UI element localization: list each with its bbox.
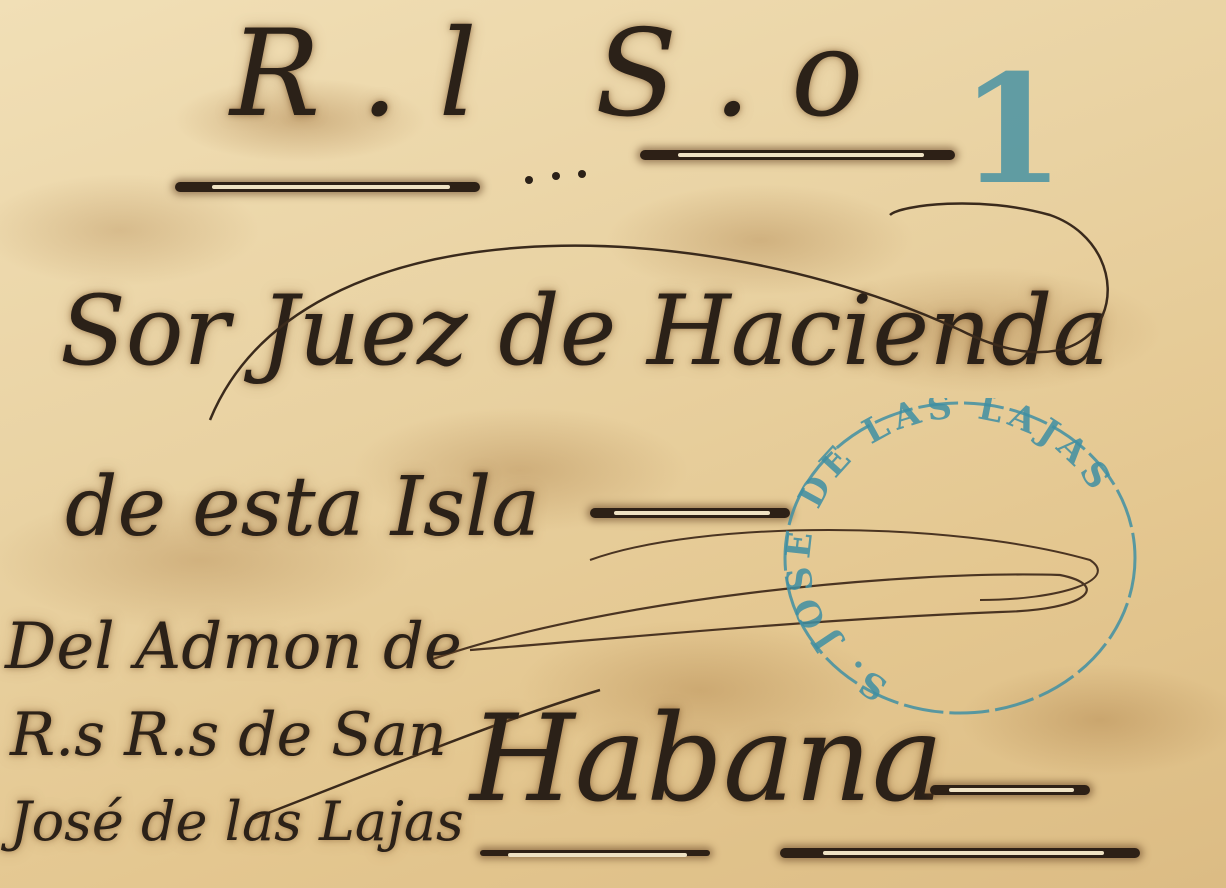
postmark-text: S. JOSE DE LAS LAJAS	[780, 398, 1121, 709]
underline-bottom-right	[780, 848, 1140, 858]
sender-line-3: José de las Lajas	[10, 790, 464, 853]
postmark-circle: S. JOSE DE LAS LAJAS	[780, 398, 1140, 718]
sender-line-2: R.s R.s de San	[10, 700, 447, 770]
svg-text:S. JOSE DE LAS LAJAS: S. JOSE DE LAS LAJAS	[780, 398, 1121, 709]
destination-city: Habana	[470, 690, 943, 829]
underline-bottom-left	[480, 850, 710, 856]
sender-line-1: Del Admon de	[5, 610, 462, 684]
letter-cover: R.l S.o 1 Sor Juez de Hacienda de esta I…	[0, 0, 1226, 888]
underline-habana	[930, 785, 1090, 795]
